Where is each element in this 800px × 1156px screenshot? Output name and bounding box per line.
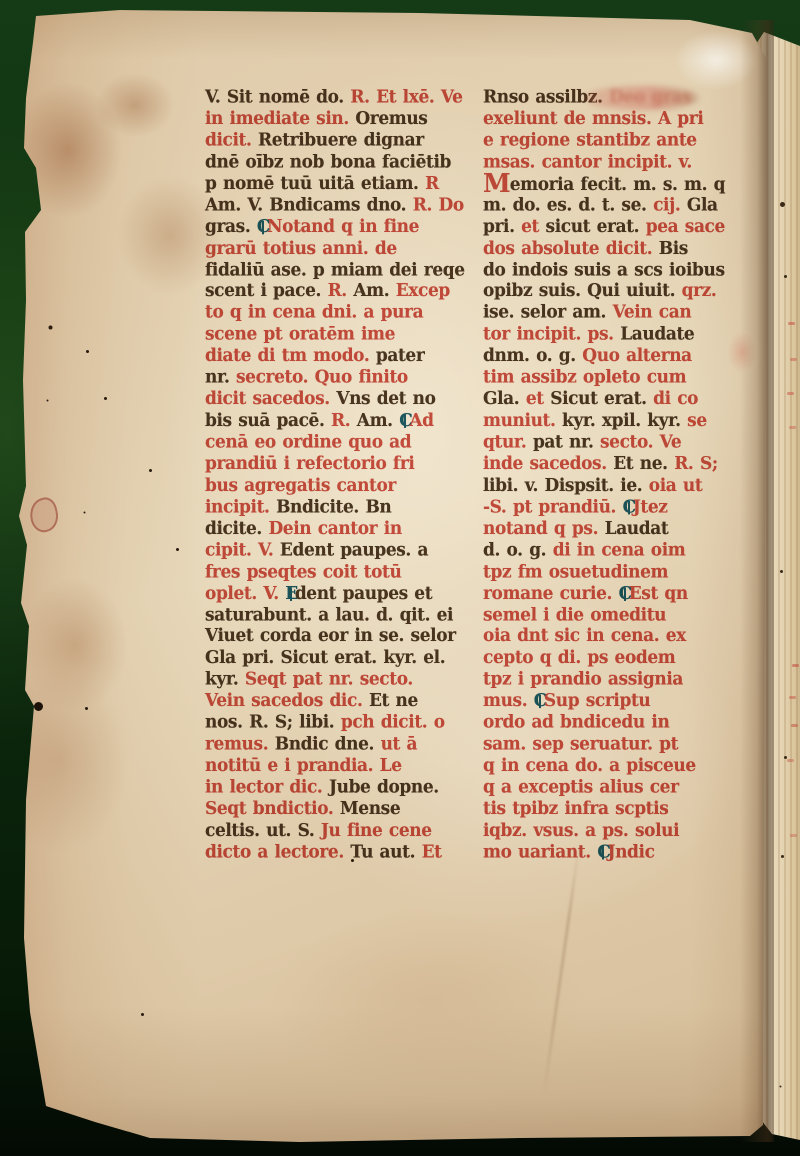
text-segment: se bbox=[687, 410, 707, 431]
text-line: scene pt oratēm ime bbox=[205, 324, 471, 346]
text-line: bus agregatis cantor bbox=[205, 475, 471, 497]
text-line: bis suā pacē. R. Am. CAd bbox=[205, 410, 471, 432]
text-line: -S. pt prandiū. CJtez bbox=[483, 497, 763, 519]
text-segment: opibz suis. Qui uiuit. bbox=[483, 281, 682, 302]
text-line: prandiū i refectorio fri bbox=[205, 454, 471, 476]
text-segment: Seqt pat nr. secto. bbox=[245, 669, 413, 690]
text-segment: Jtez bbox=[633, 497, 668, 518]
text-segment: secreto. Quo finito bbox=[236, 367, 408, 388]
text-segment: Tu aut. bbox=[350, 842, 421, 863]
text-line: Am. V. Bndicams dno. R. Do bbox=[205, 195, 471, 217]
text-segment: grarū totius anni. de bbox=[205, 238, 397, 259]
text-segment: romane curie. bbox=[483, 583, 619, 604]
text-segment: tpz fm osuetudinem bbox=[483, 561, 668, 582]
text-segment: R. bbox=[328, 281, 354, 302]
text-segment: Vein can bbox=[613, 303, 692, 324]
text-segment: cenā eo ordine quo ad bbox=[205, 432, 411, 453]
text-segment: Gla. bbox=[483, 389, 526, 410]
text-segment: sicut erat. bbox=[546, 216, 646, 237]
text-segment: m. do. es. d. t. se. bbox=[483, 195, 653, 216]
text-segment: Notand q in fine bbox=[267, 216, 419, 237]
text-line: notitū e i prandia. Le bbox=[205, 756, 471, 778]
fore-edge-specks bbox=[780, 202, 785, 207]
text-segment: e regione stantibz ante bbox=[483, 130, 697, 151]
text-line: m. do. es. d. t. se. cij. Gla bbox=[483, 195, 763, 217]
text-segment: Bndic dne. bbox=[275, 734, 381, 755]
text-segment: dicto a lectore. bbox=[205, 842, 350, 863]
text-segment: prandiū i refectorio fri bbox=[205, 454, 414, 475]
text-line: tpz fm osuetudinem bbox=[483, 561, 763, 583]
text-segment: d. o. g. bbox=[483, 540, 553, 561]
text-line: dicite. Dein cantor in bbox=[205, 518, 471, 540]
text-line: in lector dic. Jube dopne. bbox=[205, 777, 471, 799]
text-segment: di co bbox=[653, 389, 698, 410]
text-segment: di in cena oim bbox=[553, 540, 686, 561]
text-segment: remus. bbox=[205, 734, 275, 755]
text-line: Gla pri. Sicut erat. kyr. el. bbox=[205, 648, 471, 670]
text-segment: in lector dic. bbox=[205, 777, 329, 798]
wormhole-dots bbox=[34, 702, 43, 711]
text-line: grarū totius anni. de bbox=[205, 238, 471, 260]
text-line: nos. R. S; libi. pch dicit. o bbox=[205, 712, 471, 734]
text-segment: msas. cantor incipit. v. bbox=[483, 152, 692, 173]
text-segment: Vein sacedos dic. bbox=[205, 691, 369, 712]
text-segment: oplet. V. bbox=[205, 583, 285, 604]
text-line: incipit. Bndicite. Bn bbox=[205, 497, 471, 519]
text-segment: oia ut bbox=[649, 475, 703, 496]
text-segment: pat nr. bbox=[533, 432, 600, 453]
text-line: notand q ps. Laudat bbox=[483, 518, 763, 540]
text-line: Gla. et Sicut erat. di co bbox=[483, 389, 763, 411]
text-line: in imediate sin. Oremus bbox=[205, 109, 471, 131]
paraph-initial: C bbox=[619, 583, 629, 604]
text-segment: dnm. o. g. bbox=[483, 346, 582, 367]
text-segment: q a exceptis alius cer bbox=[483, 777, 679, 798]
text-segment: dos absolute dicit. bbox=[483, 238, 659, 259]
text-line: dicit sacedos. Vns det no bbox=[205, 389, 471, 411]
text-line: dicit. Retribuere dignar bbox=[205, 130, 471, 152]
text-segment: saturabunt. a lau. d. qit. ei bbox=[205, 605, 453, 626]
manuscript-photograph: V. Sit nomē do. R. Et lxē. Vein imediate… bbox=[0, 0, 800, 1156]
text-line: msas. cantor incipit. v. bbox=[483, 152, 763, 174]
text-segment: Mense bbox=[340, 799, 400, 820]
text-segment: fres pseqtes coit totū bbox=[205, 561, 401, 582]
text-segment: cepto q di. ps eodem bbox=[483, 648, 675, 669]
text-segment: dicite. bbox=[205, 518, 268, 539]
text-line: gras. CNotand q in fine bbox=[205, 216, 471, 238]
text-segment: Bndicite. Bn bbox=[276, 497, 391, 518]
text-line: d. o. g. di in cena oim bbox=[483, 540, 763, 562]
text-segment: do indois suis a scs ioibus bbox=[483, 260, 725, 281]
text-segment: tpz i prandio assignia bbox=[483, 669, 683, 690]
text-line: e regione stantibz ante bbox=[483, 130, 763, 152]
text-line: Vein sacedos dic. Et ne bbox=[205, 691, 471, 713]
text-segment: Est qn bbox=[629, 583, 688, 604]
text-line: to q in cena dni. a pura bbox=[205, 303, 471, 325]
text-line: dnē oībz nob bona faciētib bbox=[205, 152, 471, 174]
text-segment: Et ne. bbox=[613, 454, 674, 475]
text-segment: inde sacedos. bbox=[483, 454, 613, 475]
text-line: nr. secreto. Quo finito bbox=[205, 367, 471, 389]
text-segment: sam. sep seruatur. pt bbox=[483, 734, 678, 755]
paraph-initial: C bbox=[534, 691, 544, 712]
text-segment: iqbz. vsus. a ps. solui bbox=[483, 820, 679, 841]
text-segment: diate di tm modo. bbox=[205, 346, 376, 367]
text-line: dicto a lectore. Tu aut. Et bbox=[205, 842, 471, 864]
text-segment: et bbox=[526, 389, 550, 410]
text-line: dos absolute dicit. Bis bbox=[483, 238, 763, 260]
text-line: tpz i prandio assignia bbox=[483, 669, 763, 691]
text-segment: Excep bbox=[396, 281, 450, 302]
text-line: kyr. Seqt pat nr. secto. bbox=[205, 669, 471, 691]
text-segment: gras. bbox=[205, 216, 257, 237]
text-line: mo uariant. CJndic bbox=[483, 842, 763, 864]
text-segment: -S. pt prandiū. bbox=[483, 497, 623, 518]
text-line: Memoria fecit. m. s. m. q bbox=[483, 173, 763, 195]
text-segment: Laudat bbox=[605, 518, 669, 539]
text-line: saturabunt. a lau. d. qit. ei bbox=[205, 605, 471, 627]
text-segment: cipit. V. bbox=[205, 540, 280, 561]
text-segment: emoria fecit. m. s. m. q bbox=[510, 174, 725, 195]
text-segment: Jndic bbox=[607, 842, 654, 863]
text-line: pri. et sicut erat. pea sace bbox=[483, 216, 763, 238]
text-segment: cij. bbox=[653, 195, 687, 216]
text-segment: incipit. bbox=[205, 497, 276, 518]
text-segment: qrz. bbox=[682, 281, 717, 302]
text-segment: Jube dopne. bbox=[329, 777, 439, 798]
text-segment: nr. bbox=[205, 367, 236, 388]
ink-bleed-marks bbox=[788, 322, 795, 325]
text-segment: mus. bbox=[483, 691, 534, 712]
text-segment: qtur. bbox=[483, 432, 533, 453]
text-line: cenā eo ordine quo ad bbox=[205, 432, 471, 454]
text-segment: scene pt oratēm ime bbox=[205, 324, 395, 345]
paraph-initial: C bbox=[257, 216, 267, 237]
text-segment: q in cena do. a pisceue bbox=[483, 756, 696, 777]
text-segment: V. Sit nomē do. bbox=[205, 87, 350, 108]
text-segment: to q in cena dni. a pura bbox=[205, 303, 423, 324]
text-line: cipit. V. Edent paupes. a bbox=[205, 540, 471, 562]
text-block: V. Sit nomē do. R. Et lxē. Vein imediate… bbox=[0, 0, 800, 1156]
rubric-initial: M bbox=[483, 168, 510, 198]
text-segment: R. Do bbox=[413, 195, 464, 216]
text-segment: Am. V. Bndicams dno. bbox=[205, 195, 413, 216]
text-segment: ut ā bbox=[381, 734, 418, 755]
text-segment: bus agregatis cantor bbox=[205, 475, 396, 496]
text-line: qtur. pat nr. secto. Ve bbox=[483, 432, 763, 454]
text-segment: Sicut erat. bbox=[550, 389, 653, 410]
paraph-initial: E bbox=[285, 583, 295, 604]
text-line: inde sacedos. Et ne. R. S; bbox=[483, 454, 763, 476]
text-line: scent i pace. R. Am. Excep bbox=[205, 281, 471, 303]
text-line: diate di tm modo. pater bbox=[205, 346, 471, 368]
text-segment: nos. R. S; libi. bbox=[205, 712, 341, 733]
text-segment: Ad bbox=[409, 410, 433, 431]
text-segment: ise. selor am. bbox=[483, 303, 613, 324]
text-line: semel i die omeditu bbox=[483, 605, 763, 627]
text-segment: libi. v. Dispsit. ie. bbox=[483, 475, 649, 496]
text-segment: ordo ad bndicedu in bbox=[483, 712, 669, 733]
text-segment: dicit. bbox=[205, 130, 258, 151]
text-line: iqbz. vsus. a ps. solui bbox=[483, 820, 763, 842]
text-segment: R. Et lxē. Ve bbox=[350, 87, 462, 108]
text-line: romane curie. CEst qn bbox=[483, 583, 763, 605]
text-line: fidaliū ase. p miam dei reqe bbox=[205, 260, 471, 282]
text-segment: muniut. bbox=[483, 410, 562, 431]
text-line: tor incipit. ps. Laudate bbox=[483, 324, 763, 346]
text-line: ordo ad bndicedu in bbox=[483, 712, 763, 734]
text-segment: in imediate sin. bbox=[205, 109, 355, 130]
erased-text-smudge bbox=[586, 86, 698, 110]
text-segment: exeliunt de mnsis. A pri bbox=[483, 109, 703, 130]
text-segment: Gla bbox=[687, 195, 718, 216]
text-segment: oia dnt sic in cena. ex bbox=[483, 626, 686, 647]
text-segment: Am. bbox=[357, 410, 399, 431]
text-segment: dent paupes et bbox=[295, 583, 432, 604]
text-segment: Viuet corda eor in se. selor bbox=[205, 626, 456, 647]
text-segment: Laudate bbox=[620, 324, 694, 345]
text-segment: bis suā pacē. bbox=[205, 410, 331, 431]
text-line: celtis. ut. S. Ju fine cene bbox=[205, 820, 471, 842]
text-line: opibz suis. Qui uiuit. qrz. bbox=[483, 281, 763, 303]
text-segment: pea sace bbox=[646, 216, 725, 237]
text-segment: tor incipit. ps. bbox=[483, 324, 620, 345]
text-segment: kyr. xpil. kyr. bbox=[562, 410, 687, 431]
text-line: q a exceptis alius cer bbox=[483, 777, 763, 799]
text-segment: Gla pri. Sicut erat. kyr. el. bbox=[205, 648, 445, 669]
text-segment: notitū e i prandia. Le bbox=[205, 756, 402, 777]
text-segment: Quo alterna bbox=[582, 346, 692, 367]
text-segment: semel i die omeditu bbox=[483, 605, 666, 626]
text-line: remus. Bndic dne. ut ā bbox=[205, 734, 471, 756]
text-segment: Vns det no bbox=[336, 389, 435, 410]
text-column-right: Rnso assilbz. Deo grasexeliunt de mnsis.… bbox=[483, 87, 763, 863]
paraph-initial: C bbox=[399, 410, 409, 431]
text-segment: dnē oībz nob bona faciētib bbox=[205, 152, 451, 173]
text-line: q in cena do. a pisceue bbox=[483, 756, 763, 778]
text-line: do indois suis a scs ioibus bbox=[483, 260, 763, 282]
text-segment: Et ne bbox=[369, 691, 418, 712]
text-segment: R. S; bbox=[674, 454, 718, 475]
text-line: p nomē tuū uitā etiam. R bbox=[205, 173, 471, 195]
text-segment: pri. bbox=[483, 216, 521, 237]
text-segment: dicit sacedos. bbox=[205, 389, 336, 410]
text-segment: fidaliū ase. p miam dei reqe bbox=[205, 260, 465, 281]
text-segment: Et bbox=[422, 842, 442, 863]
text-line: ise. selor am. Vein can bbox=[483, 303, 763, 325]
text-segment: pater bbox=[376, 346, 425, 367]
text-line: V. Sit nomē do. R. Et lxē. Ve bbox=[205, 87, 471, 109]
text-line: Seqt bndictio. Mense bbox=[205, 799, 471, 821]
text-segment: kyr. bbox=[205, 669, 245, 690]
text-column-left: V. Sit nomē do. R. Et lxē. Vein imediate… bbox=[205, 87, 471, 863]
text-segment: Ju fine cene bbox=[321, 820, 432, 841]
text-segment: Sup scriptu bbox=[544, 691, 650, 712]
text-segment: Oremus bbox=[355, 109, 427, 130]
text-line: exeliunt de mnsis. A pri bbox=[483, 109, 763, 131]
text-line: Viuet corda eor in se. selor bbox=[205, 626, 471, 648]
paraph-initial: C bbox=[597, 842, 607, 863]
text-segment: tis tpibz infra scptis bbox=[483, 799, 668, 820]
text-line: oia dnt sic in cena. ex bbox=[483, 626, 763, 648]
text-segment: scent i pace. bbox=[205, 281, 328, 302]
text-segment: p nomē tuū uitā etiam. bbox=[205, 173, 425, 194]
text-line: sam. sep seruatur. pt bbox=[483, 734, 763, 756]
text-segment: tim assibz opleto cum bbox=[483, 367, 686, 388]
text-segment: Am. bbox=[353, 281, 395, 302]
text-segment: secto. Ve bbox=[600, 432, 681, 453]
text-segment: celtis. ut. S. bbox=[205, 820, 321, 841]
text-segment: R. bbox=[331, 410, 357, 431]
text-line: tim assibz opleto cum bbox=[483, 367, 763, 389]
text-line: fres pseqtes coit totū bbox=[205, 561, 471, 583]
text-line: oplet. V. Edent paupes et bbox=[205, 583, 471, 605]
text-segment: R bbox=[425, 173, 439, 194]
text-segment: et bbox=[521, 216, 545, 237]
paraph-initial: C bbox=[623, 497, 633, 518]
text-segment: Bis bbox=[659, 238, 688, 259]
text-line: muniut. kyr. xpil. kyr. se bbox=[483, 410, 763, 432]
manuscript-page: V. Sit nomē do. R. Et lxē. Vein imediate… bbox=[0, 0, 800, 1156]
text-line: libi. v. Dispsit. ie. oia ut bbox=[483, 475, 763, 497]
text-line: dnm. o. g. Quo alterna bbox=[483, 346, 763, 368]
text-segment: Edent paupes. a bbox=[280, 540, 428, 561]
text-line: mus. CSup scriptu bbox=[483, 691, 763, 713]
text-segment: pch dicit. o bbox=[341, 712, 445, 733]
text-segment: Seqt bndictio. bbox=[205, 799, 340, 820]
text-segment: notand q ps. bbox=[483, 518, 605, 539]
text-segment: Dein cantor in bbox=[268, 518, 401, 539]
text-line: tis tpibz infra scptis bbox=[483, 799, 763, 821]
text-segment: Retribuere dignar bbox=[258, 130, 424, 151]
text-line: cepto q di. ps eodem bbox=[483, 648, 763, 670]
